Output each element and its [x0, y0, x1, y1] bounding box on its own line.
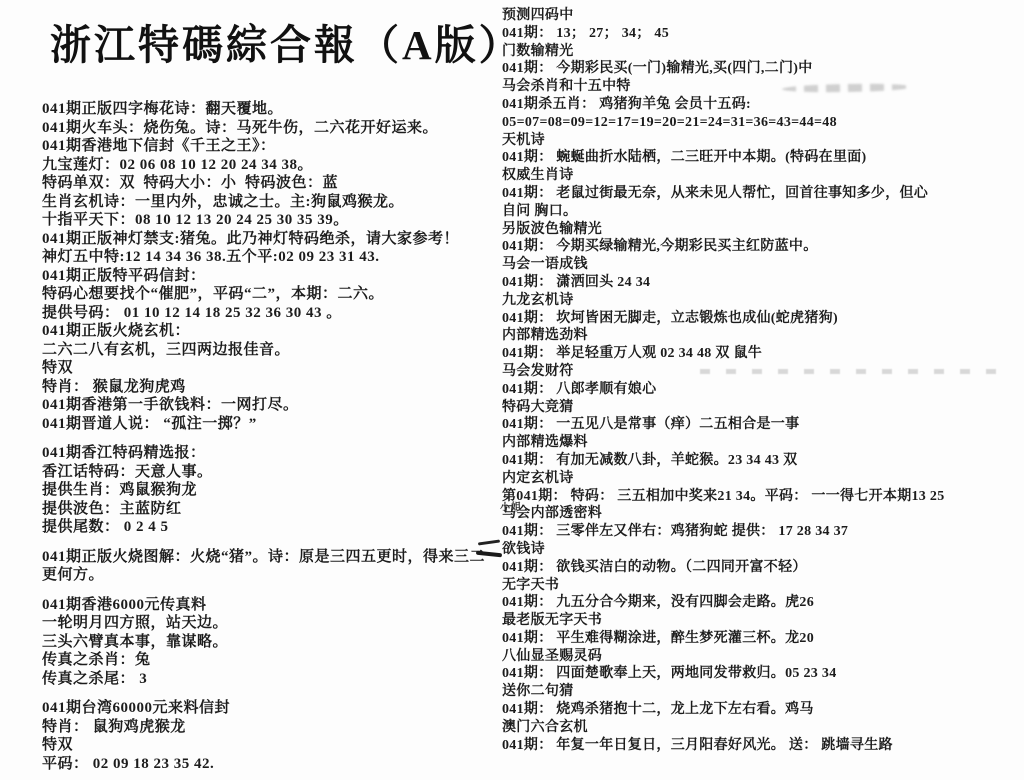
text-line: 041期： 欲钱买洁白的动物。（二四同开富不轻） — [502, 559, 1020, 577]
text-line: 041期： 潇洒回头 24 34 — [502, 274, 1020, 292]
text-line: 传真之杀肖：兔 — [42, 651, 504, 670]
text-line: 十指平天下：08 10 12 13 20 24 25 30 35 39。 — [42, 211, 504, 230]
text-line: 041期正版火烧图解：火烧“猪”。诗：原是三四五更时，得来三二 — [42, 548, 504, 567]
text-line: 05=07=08=09=12=17=19=20=21=24=31=36=43=4… — [502, 114, 1020, 132]
text-line: 041期： 今期买绿输精光,今期彩民买主红防蓝中。 — [502, 238, 1020, 256]
text-line: 预测四码中 — [502, 7, 1020, 25]
text-line: 无字天书 — [502, 577, 1020, 595]
text-line: 天机诗 — [502, 132, 1020, 150]
text-line: 特肖： 鼠狗鸡虎猴龙 — [42, 718, 504, 737]
text-line: 另版波色输精光 — [502, 221, 1020, 239]
text-line: 生肖玄机诗：一里内外，忠诚之士。主:狗鼠鸡猴龙。 — [42, 193, 504, 212]
text-line: 特码单双：双 特码大小：小 特码波色：蓝 — [42, 174, 504, 193]
text-line: 自问 胸口。 — [502, 203, 1020, 221]
right-column: 预测四码中041期： 13； 27； 34； 45门数输精光041期： 今期彩民… — [502, 7, 1020, 754]
page-title: 浙江特碼綜合報（A版） — [50, 12, 523, 71]
text-line: 澳门六合玄机 — [502, 719, 1020, 737]
text-line: 九宝莲灯：02 06 08 10 12 20 24 34 38。 — [42, 156, 504, 175]
text-line: 第041期： 特码： 三五相加中奖来21 34。平码： 一一得七开本期13 25 — [502, 488, 1020, 506]
text-line: 041期： 举足轻重万人观 02 34 48 双 鼠牛 — [502, 345, 1020, 363]
text-line: 041期香江特码精选报： — [42, 444, 504, 463]
text-line: 041期： 平生难得糊涂进，醉生梦死灌三杯。龙20 — [502, 630, 1020, 648]
text-line: 041期： 九五分合今期来，没有四脚会走路。虎26 — [502, 594, 1020, 612]
text-line: 一轮明月四方照，站天边。 — [42, 614, 504, 633]
text-line: 特码心想要找个“催肥”，平码“二”，本期：二六。 — [42, 285, 504, 304]
text-line: 马会杀肖和十五中特 — [502, 78, 1020, 96]
text-line: 041期香港地下信封《千王之王》： — [42, 137, 504, 156]
text-line: 内部精选劲料 — [502, 327, 1020, 345]
text-line: 041期： 烧鸡杀猪抱十二，龙上龙下左右看。鸡马 — [502, 701, 1020, 719]
text-line: 041期香港6000元传真料 — [42, 596, 504, 615]
text-line: 平码： 02 09 18 23 35 42. — [42, 755, 504, 774]
text-line: 提供号码： 01 10 12 14 18 25 32 36 30 43 。 — [42, 304, 504, 323]
text-line: 九龙玄机诗 — [502, 292, 1020, 310]
text-line: 041期： 今期彩民买(一门)输精光,买(四门,二门)中 — [502, 60, 1020, 78]
text-line: 送你二句猜 — [502, 683, 1020, 701]
text-line: 041期杀五肖： 鸡猪狗羊兔 会员十五码: — [502, 96, 1020, 114]
text-line: 提供波色：主蓝防红 — [42, 500, 504, 519]
text-line: 欲钱诗 — [502, 541, 1020, 559]
text-line: 更何方。 — [42, 566, 504, 585]
text-line: 三头六臂真本事，靠谋略。 — [42, 633, 504, 652]
text-line: 提供生肖：鸡鼠猴狗龙 — [42, 481, 504, 500]
text-line: 八仙显圣赐灵码 — [502, 648, 1020, 666]
text-line: 041期： 老鼠过街最无奈，从来未见人帮忙，回首往事知多少，但心 — [502, 185, 1020, 203]
text-line: 门数输精光 — [502, 43, 1020, 61]
overprint-annotation: 小姐 — [500, 498, 523, 514]
text-line: 041期火车头：烧伤兔。诗：马死牛伤，二六花开好运来。 — [42, 119, 504, 138]
text-line: 041期： 三零伴左又伴右：鸡猪狗蛇 提供： 17 28 34 37 — [502, 523, 1020, 541]
text-line: 特码大竞猜 — [502, 399, 1020, 417]
text-line: 提供尾数： 0 2 4 5 — [42, 518, 504, 537]
text-line: 传真之杀尾： 3 — [42, 670, 504, 689]
text-line: 041期： 八郎孝顺有娘心 — [502, 381, 1020, 399]
text-line: 041期： 一五见八是常事（痒）二五相合是一事 — [502, 416, 1020, 434]
text-line: 特双 — [42, 736, 504, 755]
text-line: 特双 — [42, 359, 504, 378]
text-line: 041期正版神灯禁支:猪兔。此乃神灯特码绝杀，请大家参考！ — [42, 230, 504, 249]
left-column: 041期正版四字梅花诗：翻天覆地。041期火车头：烧伤兔。诗：马死牛伤，二六花开… — [42, 100, 504, 773]
text-line: 041期： 13； 27； 34； 45 — [502, 25, 1020, 43]
text-line: 041期： 年复一年日复日，三月阳春好风光。 送： 跳墙寻生路 — [502, 737, 1020, 755]
text-line: 特肖： 猴鼠龙狗虎鸡 — [42, 378, 504, 397]
text-line: 041期晋道人说： “孤注一掷？” — [42, 415, 504, 434]
text-line: 马会内部透密料 — [502, 505, 1020, 523]
text-line: 最老版无字天书 — [502, 612, 1020, 630]
text-line: 马会发财符 — [502, 363, 1020, 381]
text-line: 041期香港第一手欲钱料：一网打尽。 — [42, 396, 504, 415]
text-line: 香江话特码：天意人事。 — [42, 463, 504, 482]
text-line: 内部精选爆料 — [502, 434, 1020, 452]
text-line: 041期： 蜿蜒曲折水陆栖，二三旺开中本期。(特码在里面) — [502, 149, 1020, 167]
text-line: 041期台湾60000元来料信封 — [42, 699, 504, 718]
text-line: 041期正版四字梅花诗：翻天覆地。 — [42, 100, 504, 119]
text-line: 041期： 坎坷皆困无脚走，立志锻炼也成仙(蛇虎猪狗) — [502, 310, 1020, 328]
text-line: 权威生肖诗 — [502, 167, 1020, 185]
text-line: 041期： 四面楚歌奉上天，两地同发带救归。05 23 34 — [502, 665, 1020, 683]
text-line: 马会一语成钱 — [502, 256, 1020, 274]
text-line: 041期正版火烧玄机： — [42, 322, 504, 341]
text-line: 二六二八有玄机，三四两边报佳音。 — [42, 341, 504, 360]
text-line: 041期正版特平码信封： — [42, 267, 504, 286]
text-line: 神灯五中特:12 14 34 36 38.五个平:02 09 23 31 43. — [42, 248, 504, 267]
text-line: 内定玄机诗 — [502, 470, 1020, 488]
text-line: 041期： 有加无减数八卦，羊蛇猴。23 34 43 双 — [502, 452, 1020, 470]
